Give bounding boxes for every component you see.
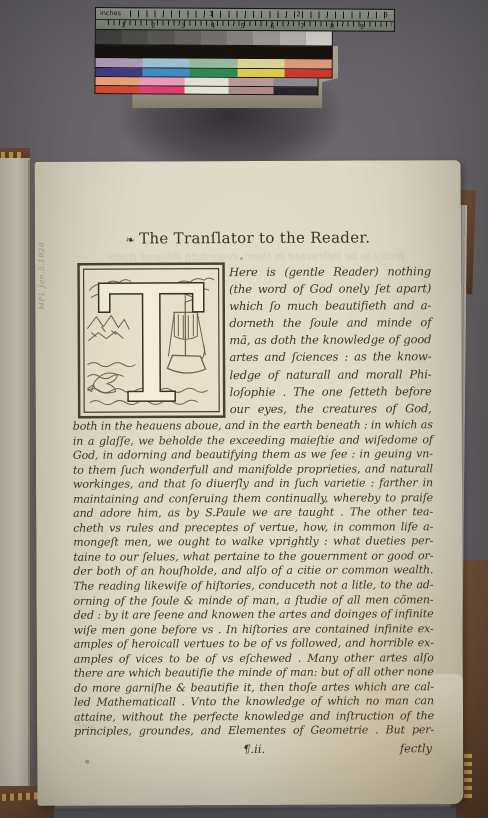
book-page: MPL Jan.5.1928 ❧The Tranſlator to the Re… [35,160,464,806]
facing-page-edge [0,158,30,806]
text-line: in a glaſſe, we beholde the exceeding ma… [73,433,433,449]
book-photograph: inches 123 123456789 [0,0,488,818]
catchword: fectly [400,741,432,755]
open-book: MPL Jan.5.1928 ❧The Tranſlator to the Re… [0,0,488,818]
text-line: (the word of God onely ſet apart) [229,280,431,298]
text-line: led Mathematicall . Vnto the knowledge o… [74,695,434,711]
text-line: ded : by it are ſeene and knowen the art… [74,607,434,623]
text-line: der both of an houſholde, and alſo of a … [73,564,433,580]
text-line: amples of vices to be of vs eſchewed . M… [74,651,434,667]
text-line: both in the heauens aboue, and in the ea… [73,418,433,434]
text-line: there are which beautifie the minde of m… [74,665,434,681]
text-line: amples of heroicall vertues to be of vs … [74,636,434,652]
foxing-spot [85,760,89,764]
gilt-tooling [464,752,472,798]
page-heading: ❧The Tranſlator to the Reader. [35,228,461,248]
opening-block: T Here is (gentle Reader) nothing(the wo… [72,258,433,420]
text-line: taine to our ſelues, what pertaine to th… [73,549,433,565]
text-line: loſophie . The one ſetteth before [230,383,432,401]
text-line: our eyes, the creatures of God, [230,400,432,418]
text-line: dorneth the ſoule and minde of [229,314,431,332]
signature-mark: ¶.ii. [74,741,434,757]
body-lines: both in the heauens aboue, and in the ea… [73,418,434,740]
text-line: do more garniſhe & beautifie it, then th… [74,680,434,696]
page-title: The Tranſlator to the Reader. [139,228,370,247]
text-line: cheth vs rules and preceptes of vertue, … [73,520,433,536]
woodcut-initial-letter: T [98,262,206,419]
text-line: attaine, without the perfecte knowledge … [74,709,434,725]
text-line: mã, as doth the knowledge of good [229,332,431,350]
text-line: workinges, and that ſo diuerſly and in ſ… [73,476,433,492]
signature-row: ¶.ii. fectly [74,741,434,758]
text-line: to them ſuch wonderfull and manifolde pr… [73,462,433,478]
text-line: wiſe men gone before vs . In hiſtories a… [74,622,434,638]
opening-lines: Here is (gentle Reader) nothing(the word… [229,263,432,418]
text-line: maintaining and conſeruing them continua… [73,491,433,507]
text-line: ledge of naturall and morall Phi- [229,366,431,384]
text-line: orning of the ſoule & minde of man, a ſt… [73,593,433,609]
text-line: which ſo much beautifieth and a- [229,297,431,315]
text-block: T Here is (gentle Reader) nothing(the wo… [72,258,434,758]
woodcut-initial: T [77,262,226,419]
text-line: artes and ſciences : as the know- [229,349,431,367]
text-line: Here is (gentle Reader) nothing [229,263,431,281]
text-line: mongeſt men, we ought to walke vprightly… [73,535,433,551]
pencil-accession-note: MPL Jan.5.1928 [37,210,46,310]
text-line: The reading likewiſe of hiſtories, condu… [73,578,433,594]
text-line: principles, groundes, and Elementes of G… [74,724,434,740]
text-line: God, in adorning and beautifying them as… [73,447,433,463]
hedera-ornament-icon: ❧ [126,233,136,246]
text-line: and adore him, as by S.Paule we are taug… [73,505,433,521]
